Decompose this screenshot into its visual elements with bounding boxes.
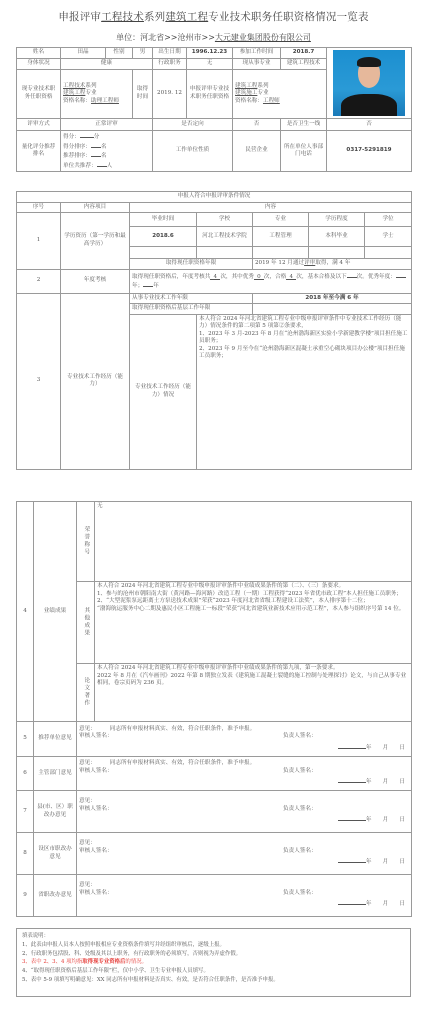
review-method-label: 评审方式 <box>17 119 61 131</box>
grassroots-value <box>253 304 412 315</box>
opinion-detail: 意见： 审核人签名：负责人签名： 年 月 日 <box>77 875 412 917</box>
opinion-label: 设区市职改办意见 <box>34 833 77 875</box>
current-qual-series: 工程技术 <box>63 83 85 89</box>
admin-post-value: 无 <box>187 59 233 70</box>
title-specialty: 建筑工程 <box>165 11 208 23</box>
row3-no: 3 <box>17 293 61 469</box>
leader-signature: 负责人签名： <box>283 848 317 856</box>
row1-no: 1 <box>17 213 61 270</box>
opinion-detail: 意见： 审核人签名：负责人签名： 年 月 日 <box>77 791 412 833</box>
years-value-review: 评审 <box>304 260 315 266</box>
note-line: 2、行政职务包括股、科、处级及其以上职务，有行政职务的必须填写，否则视为弄虚作假… <box>22 950 405 959</box>
leader-signature: 负责人签名： <box>283 806 317 814</box>
opinion-row-6: 6 主管部门意见 意见： 同志所有申报材料真实、有效，符合任职条件，准予申报。 … <box>17 757 412 791</box>
annual-review-detail: 取得现任职资格后，年度考核共4次，其中优秀0次，合格4次，基本合格及以下次。优秀… <box>130 269 412 293</box>
year-blank <box>338 815 366 821</box>
honor-label: 荣誉称号 <box>77 502 95 582</box>
gender-value: 男 <box>133 48 153 59</box>
title-prefix: 申报评审 <box>58 11 101 23</box>
experience-line: 本人符合 2024 年河北省建筑工程专业中级申报评审条件中专业技术工作经历（能力… <box>199 316 409 331</box>
unit-label: 单位：河北省>>沧州市>> <box>116 33 215 42</box>
opinion-label: 县(市、区）职改办意见 <box>34 791 77 833</box>
review-method-value: 正常评审 <box>61 119 153 131</box>
opinion-row-8: 8 设区市职改办意见 意见： 审核人签名：负责人签名： 年 月 日 <box>17 833 412 875</box>
date-line: 年 月 日 <box>366 817 405 823</box>
achievements-table: 4 业绩成果 荣誉称号 无 其他成果 本人符合 2024 年河北省建筑工程专业中… <box>16 501 412 917</box>
year-blank <box>338 743 366 749</box>
current-qual-major: 建筑工程 <box>63 90 85 96</box>
annual-basic-blank <box>347 272 357 278</box>
score-unit: 分 <box>94 134 100 140</box>
edu-grad-time: 2018.6 <box>130 227 197 247</box>
applicant-photo <box>333 50 405 116</box>
year-blank <box>338 899 366 905</box>
years-label: 取得现任职资格年限 <box>130 259 253 270</box>
unit-total-line: 单位共推荐： <box>63 163 97 169</box>
other-line: “渤海航运服务中心二期及惠民小区工程施工一标段”荣获“河北省建筑业新技术应用示范… <box>97 606 409 614</box>
edu-major: 工程管理 <box>253 227 309 247</box>
apply-series-suffix: 系列 <box>257 83 268 89</box>
row1-item: 学历资历（第一学历和最高学历） <box>61 213 130 270</box>
unit-total-blank <box>97 161 107 167</box>
paper-line: 2022 年 8 月在《汽车画刊》2022 年第 8 期独立发表《建筑施工混凝土… <box>97 673 409 688</box>
edu-header-grad-time: 毕业时间 <box>130 213 197 227</box>
edu-school: 河北工程技术学院 <box>197 227 253 247</box>
reviewer-signature: 审核人签名： <box>79 806 113 814</box>
edu-empty-4 <box>309 247 365 259</box>
score-rank-blank <box>91 142 101 148</box>
years-value-prefix: 2019 年 12 月通过 <box>255 260 304 266</box>
directed-label: 是否定向 <box>153 119 233 131</box>
current-qual-detail: 工程技术系列 建筑工程专业 资格名称：助理工程师 <box>61 69 133 118</box>
edu-header-level: 学历程度 <box>309 213 365 227</box>
filling-instructions: 填表说明： 1、此表由申报人员本人按照申报相应专业资格条件填写并经组织审核后，逐… <box>16 928 411 997</box>
annual-excellent: 0 <box>254 274 264 280</box>
edu-header-major: 专业 <box>253 213 309 227</box>
col-no-header: 序号 <box>17 202 61 213</box>
opinion-detail: 意见： 同志所有申报材料真实、有效，符合任职条件，准予申报。 审核人签名：负责人… <box>77 757 412 791</box>
apply-qual-label: 申报评审专业技术职务任职资格 <box>187 69 233 118</box>
title-series-label: 系列 <box>144 11 165 23</box>
opinion-no: 6 <box>17 757 34 791</box>
health-frontline-label: 是否卫生一线 <box>281 119 327 131</box>
grassroots-label: 取得现任职资格后基层工作年限 <box>130 304 253 315</box>
opinion-row-5: 5 推荐单位意见 意见： 同志所有申报材料真实、有效，符合任职条件，准予申报。 … <box>17 722 412 757</box>
opinion-text: 意见： <box>79 882 409 890</box>
col-content-header: 内容 <box>130 202 412 213</box>
paper-label-text: 论文著作 <box>82 677 90 707</box>
edu-level: 本科毕业 <box>309 227 365 247</box>
date-line: 年 月 日 <box>366 779 405 785</box>
obtain-time-label: 取得时间 <box>133 69 153 118</box>
work-years-label: 从事专业技术工作年限 <box>130 293 253 304</box>
current-qual-label: 现专业技术职务任职资格 <box>17 69 61 118</box>
note3-suffix: 的情况。 <box>125 959 147 965</box>
years-value: 2019 年 12 月通过评审取得，满 4 年 <box>253 259 412 270</box>
opinion-detail: 意见： 同志所有申报材料真实、有效，符合任职条件，准予申报。 审核人签名：负责人… <box>77 722 412 757</box>
other-label-text: 其他成果 <box>82 607 90 637</box>
work-years-value: 2018 年至今满 6 年 <box>253 293 412 304</box>
apply-major-suffix: 专业 <box>257 90 268 96</box>
note-line: 4、“取得现任职资格后基层工作年限”栏，仅中小学、卫生专业申报人员填写。 <box>22 967 405 976</box>
edu-empty-3 <box>253 247 309 259</box>
reviewer-signature: 审核人签名： <box>79 890 113 898</box>
unit-total-unit: 人 <box>107 163 113 169</box>
name-value: 田晶 <box>61 48 106 59</box>
date-line: 年 月 日 <box>366 901 405 907</box>
row4-item: 业绩成果 <box>34 502 77 722</box>
birth-value: 1996.12.23 <box>187 48 233 59</box>
leader-signature: 负责人签名： <box>283 890 317 898</box>
current-major-label: 现从事专业 <box>233 59 281 70</box>
other-line: 1、参与的沧州市朝阳南大街（黄河路—海河路）改造工程（一期）工程获得“2023 … <box>97 591 409 599</box>
annual-text-e: 次。优秀年度： <box>357 274 396 280</box>
note-line: 1、此表由申报人员本人按照申报相应专业资格条件填写并经组织审核后，逐级上报。 <box>22 941 405 950</box>
other-detail: 本人符合 2024 年河北省建筑工程专业中级申报评审条件中业绩成果条件的第（二）… <box>95 582 412 664</box>
recommend-rank-line: 推荐排序： <box>63 153 91 159</box>
edu-degree: 学士 <box>365 227 412 247</box>
opinion-no: 9 <box>17 875 34 917</box>
opinion-label: 推荐单位意见 <box>34 722 77 757</box>
current-qual-name: 助理工程师 <box>91 98 119 104</box>
score-rank-label: 量化评分推荐排名 <box>17 131 61 172</box>
score-line: 得分： <box>63 134 80 140</box>
annual-pass: 4 <box>286 274 296 280</box>
edu-empty-2 <box>197 247 253 259</box>
score-rank-line: 得分排序： <box>63 144 91 150</box>
score-rank-detail: 得分：分 得分排序：名 推荐排序：名 单位共推荐：人 <box>61 131 153 172</box>
opinion-row-7: 7 县(市、区）职改办意见 意见： 审核人签名：负责人签名： 年 月 日 <box>17 791 412 833</box>
score-rank-unit: 名 <box>101 144 107 150</box>
date-line: 年 月 日 <box>366 745 405 751</box>
note-line-highlight: 3、表中 2、3、4 项均指取得现专业资格后的情况。 <box>22 958 405 967</box>
opinion-no: 8 <box>17 833 34 875</box>
reviewer-signature: 审核人签名： <box>79 733 113 741</box>
apply-qual-name-label: 资格名称： <box>235 98 263 104</box>
paper-label: 论文著作 <box>77 664 95 722</box>
annual-text-a: 取得现任职资格后，年度考核共 <box>132 274 210 280</box>
annual-text-c: 次，合格 <box>264 274 286 280</box>
annual-text-d: 次，基本合格及以下 <box>296 274 346 280</box>
recommend-rank-unit: 名 <box>101 153 107 159</box>
years-value-suffix: 取得，满 4 年 <box>315 260 350 266</box>
apply-qual-detail: 建筑工程系列 建筑施工专业 资格名称：工程师 <box>233 69 327 118</box>
apply-series: 建筑工程 <box>235 83 257 89</box>
edu-empty-1 <box>130 247 197 259</box>
health-label: 身体状况 <box>17 59 61 70</box>
reviewer-signature: 审核人签名： <box>79 848 113 856</box>
document-title: 申报评审工程技术系列建筑工程专业技术职务任职资格情况一览表 <box>0 10 427 24</box>
year-blank <box>338 857 366 863</box>
notes-title: 填表说明： <box>22 932 405 941</box>
annual-text-b: 次，其中优秀 <box>220 274 254 280</box>
birth-label: 出生日期 <box>153 48 187 59</box>
other-line: 2、“大型泥浆泵远距离土方泵送技术成果”荣获“2023 年度河北省省级工程建设工… <box>97 598 409 606</box>
unit-nature-value: 民营企业 <box>233 131 281 172</box>
current-qual-name-label: 资格名称： <box>63 98 91 104</box>
opinion-text: 意见： 同志所有申报材料真实、有效，符合任职条件，准予申报。 <box>79 760 409 768</box>
edu-header-school: 学校 <box>197 213 253 227</box>
leader-signature: 负责人签名： <box>283 733 317 741</box>
note3-prefix: 3、表中 2、3、4 项均指 <box>22 959 82 965</box>
note-line: 5、表中 5-9 项填写明确意见：XX 同志所有申报材料是否真实、有效，是否符合… <box>22 976 405 985</box>
edu-empty-5 <box>365 247 412 259</box>
other-line: 本人符合 2024 年河北省建筑工程专业中级申报评审条件中业绩成果条件的第（二）… <box>97 583 409 591</box>
annual-total: 4 <box>210 274 220 280</box>
opinion-row-9: 9 省职改办意见 意见： 审核人签名：负责人签名： 年 月 日 <box>17 875 412 917</box>
current-qual-series-suffix: 系列 <box>85 83 96 89</box>
paper-detail: 本人符合 2024 年河北省建筑工程专业中级申报评审条件中业绩成果条件的第九项，… <box>95 664 412 722</box>
conditions-table: 申报人符合申报评审条件情况 序号 内容项目 内容 1 学历资历（第一学历和最高学… <box>16 191 412 470</box>
experience-line: 1、2023 年 3 月-2023 年 8 月在“沧州渤海新区实验小学新建教学楼… <box>199 331 409 346</box>
health-value: 健康 <box>61 59 153 70</box>
edu-header-degree: 学位 <box>365 213 412 227</box>
experience-detail: 本人符合 2024 年河北省建筑工程专业中级申报评审条件中专业技术工作经历（能力… <box>197 314 412 469</box>
gender-label: 性别 <box>106 48 133 59</box>
apply-qual-name: 工程师 <box>263 98 280 104</box>
honor-value: 无 <box>95 502 412 582</box>
date-line: 年 月 日 <box>366 859 405 865</box>
recommend-rank-blank <box>91 151 101 157</box>
honor-label-text: 荣誉称号 <box>82 526 90 556</box>
opinion-no: 5 <box>17 722 34 757</box>
opinion-detail: 意见： 审核人签名：负责人签名： 年 月 日 <box>77 833 412 875</box>
work-start-label: 参加工作时间 <box>233 48 281 59</box>
other-label: 其他成果 <box>77 582 95 664</box>
opinion-no: 7 <box>17 791 34 833</box>
title-series: 工程技术 <box>101 11 144 23</box>
score-blank <box>80 132 94 138</box>
opinion-text: 意见： <box>79 840 409 848</box>
conditions-section-title: 申报人符合申报评审条件情况 <box>17 192 412 203</box>
hr-phone-label: 所在单位人事部门电话 <box>281 131 327 172</box>
basic-info-table: 姓名 田晶 性别 男 出生日期 1996.12.23 参加工作时间 2018.7… <box>16 47 412 172</box>
opinion-text: 意见： 同志所有申报材料真实、有效，符合任职条件，准予申报。 <box>79 726 409 734</box>
reviewer-signature: 审核人签名： <box>79 768 113 776</box>
hr-phone-value: 0317-5291819 <box>327 131 412 172</box>
directed-value: 否 <box>233 119 281 131</box>
opinion-label: 主管部门意见 <box>34 757 77 791</box>
paper-line: 本人符合 2024 年河北省建筑工程专业中级申报评审条件中业绩成果条件的第九项，… <box>97 665 409 673</box>
health-frontline-value: 否 <box>327 119 412 131</box>
obtain-time-value: 2019. 12 <box>153 69 187 118</box>
title-suffix: 专业技术职务任职资格情况一览表 <box>208 11 369 23</box>
row2-no: 2 <box>17 269 61 293</box>
experience-label: 专业技术工作经历（能力）情况 <box>130 314 197 469</box>
opinion-label: 省职改办意见 <box>34 875 77 917</box>
apply-major: 建筑施工 <box>235 90 257 96</box>
admin-post-label: 行政职务 <box>153 59 187 70</box>
unit-nature-label: 工作单位性质 <box>153 131 233 172</box>
note3-bold: 取得现专业资格后 <box>82 959 125 965</box>
annual-year-blank-1 <box>396 272 406 278</box>
year-blank <box>338 777 366 783</box>
unit-name: 大元建业集团股份有限公司 <box>215 33 311 42</box>
current-qual-major-suffix: 专业 <box>85 90 96 96</box>
annual-year-blank-2 <box>143 281 153 287</box>
name-label: 姓名 <box>17 48 61 59</box>
leader-signature: 负责人签名： <box>283 768 317 776</box>
experience-line: 2、2023 年 9 月至今在“沧州渤海新区混凝土承重空心砌块项目办公楼”项目担… <box>199 346 409 361</box>
annual-text-f: 年； <box>132 283 143 289</box>
col-item-header: 内容项目 <box>61 202 130 213</box>
row4-no: 4 <box>17 502 34 722</box>
photo-cell <box>327 48 412 119</box>
unit-line: 单位：河北省>>沧州市>>大元建业集团股份有限公司 <box>0 33 427 44</box>
row3-item: 专业技术工作经历（能力） <box>61 293 130 469</box>
annual-text-g: 年 <box>153 283 159 289</box>
row2-item: 年度考核 <box>61 269 130 293</box>
opinion-text: 意见： <box>79 798 409 806</box>
current-major-value: 建筑工程技术 <box>281 59 327 70</box>
work-start-value: 2018.7 <box>281 48 327 59</box>
